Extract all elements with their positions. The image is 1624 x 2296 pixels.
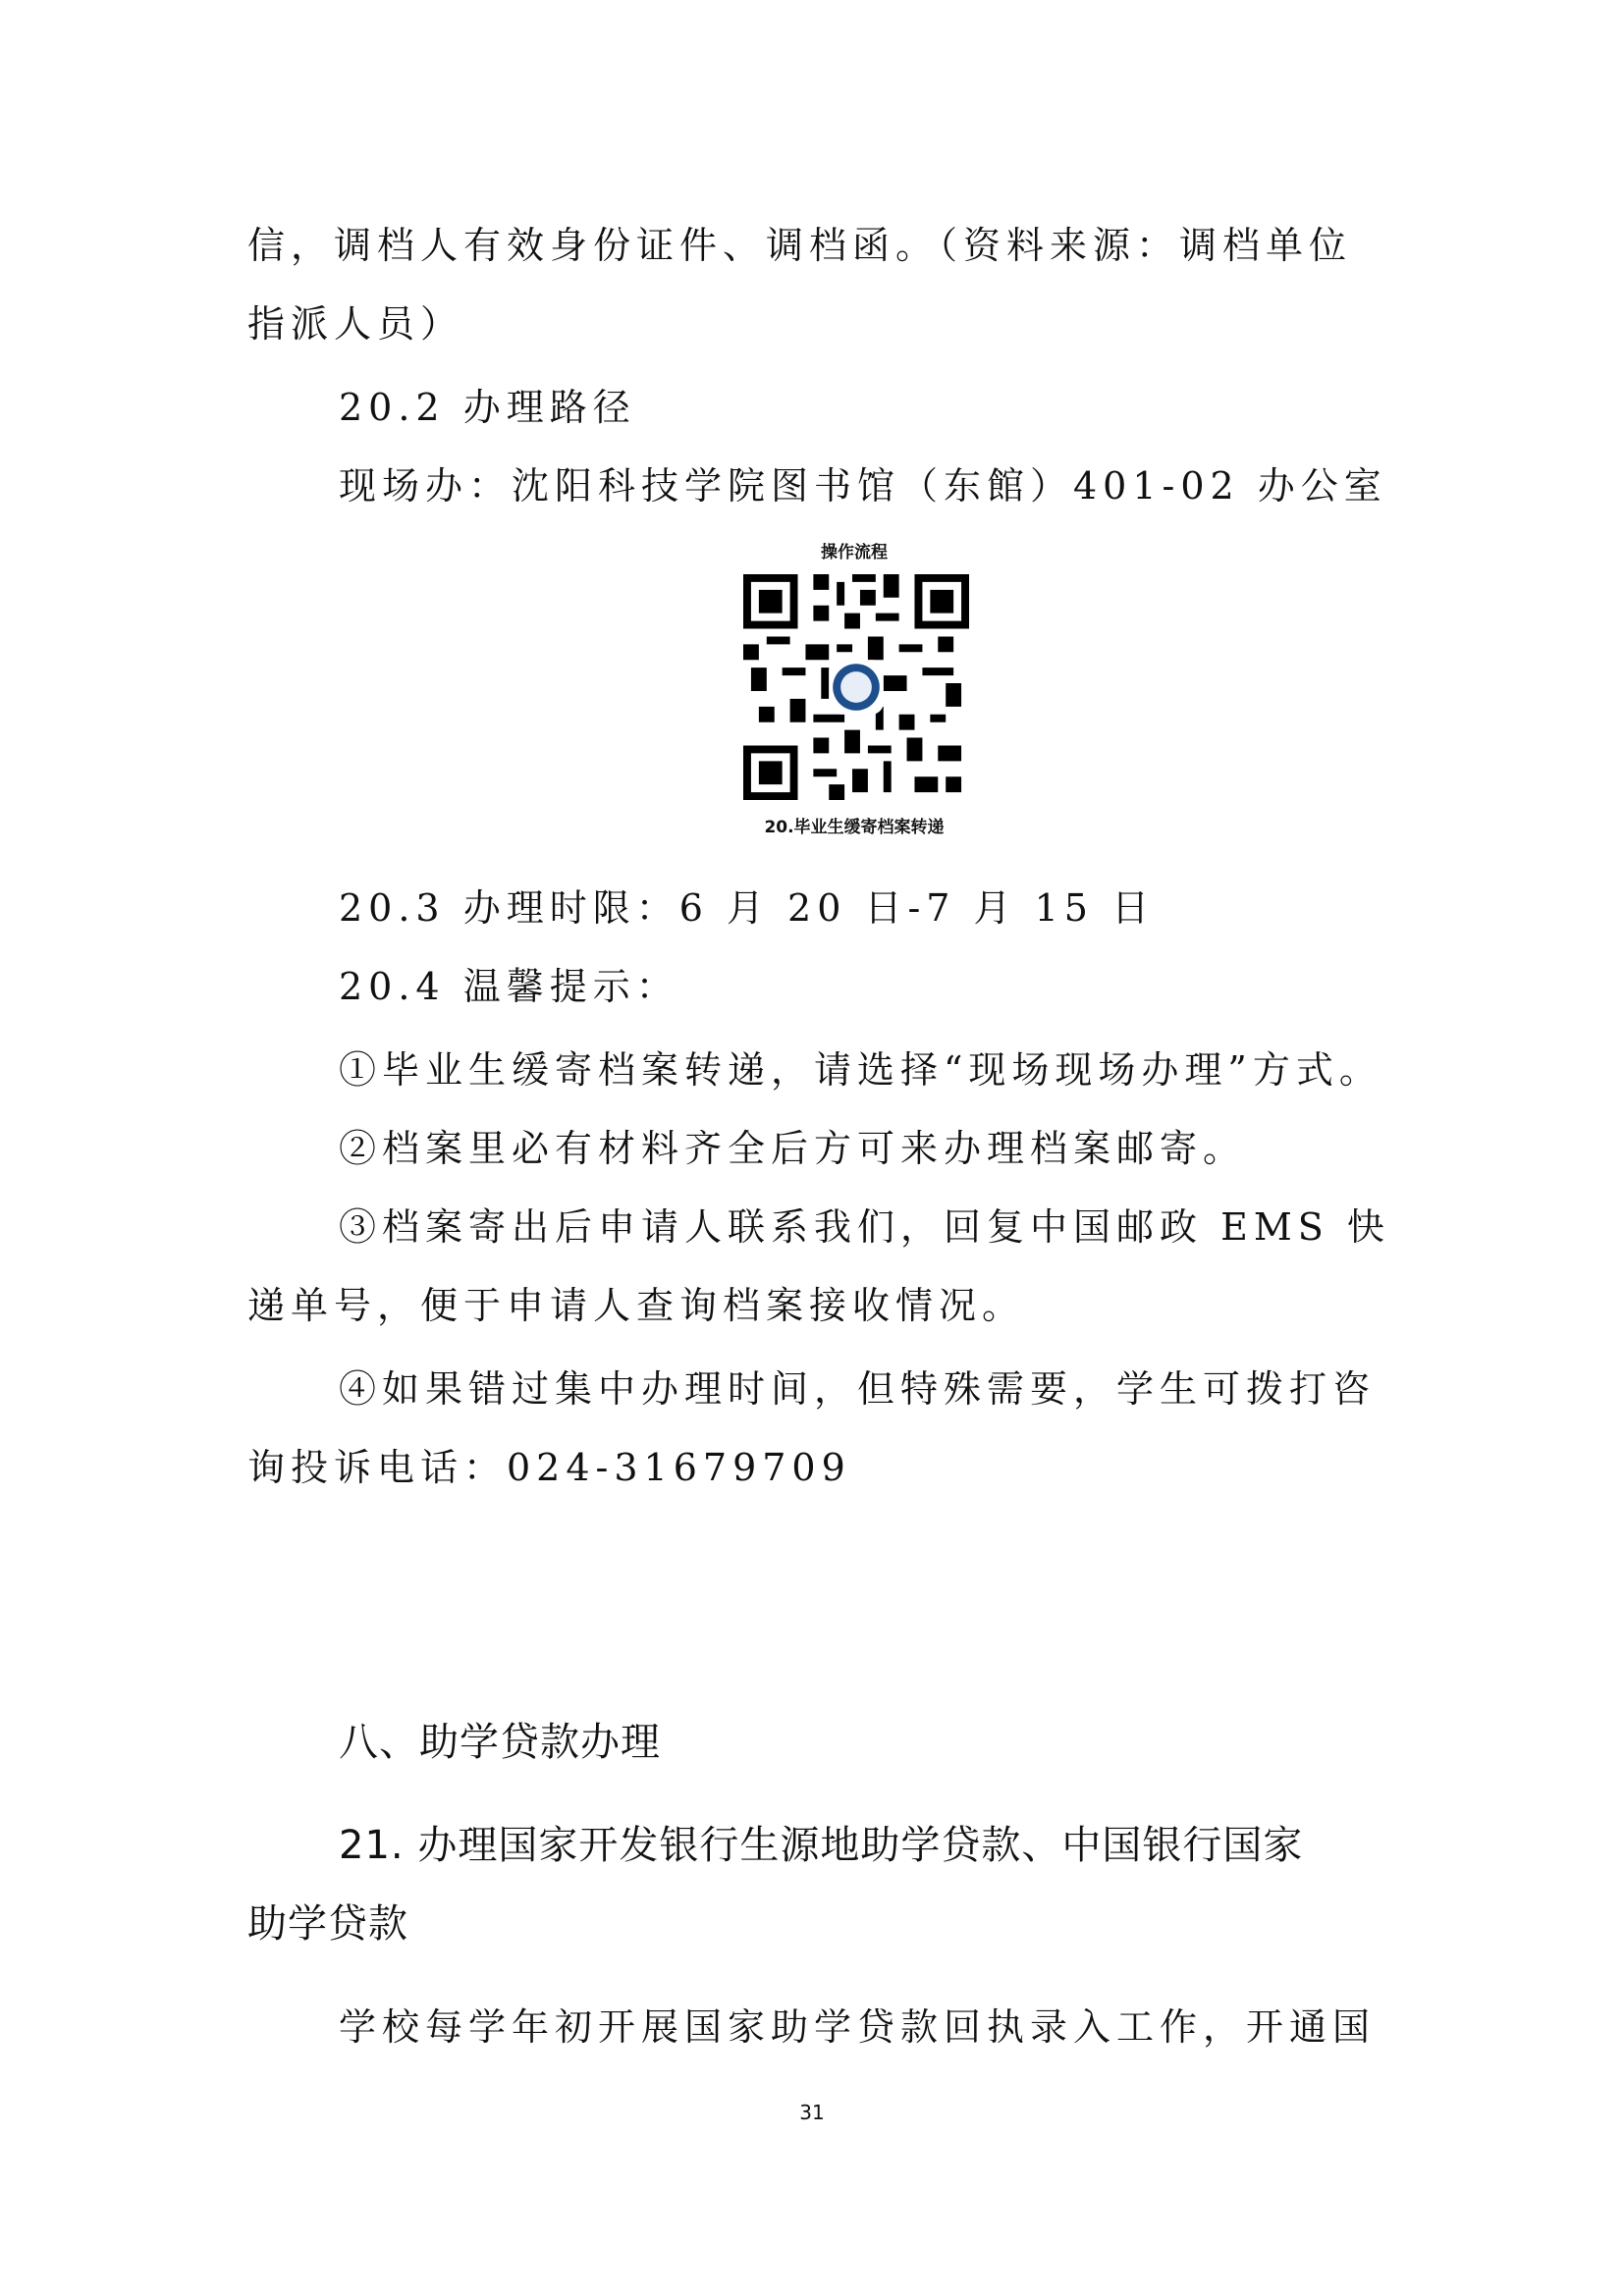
section-title-20-2: 20.2 办理路径 xyxy=(339,383,1386,432)
section-heading: 八、助学贷款办理 xyxy=(339,1718,1386,1767)
sub-heading: 21. 办理国家开发银行生源地助学贷款、中国银行国家 xyxy=(339,1821,1386,1870)
section-title-20-4: 20.4 温馨提示： xyxy=(339,962,1386,1011)
tip-item-continued: 递单号，便于申请人查询档案接收情况。 xyxy=(247,1281,1386,1330)
location-line: 现场办：沈阳科技学院图书馆（东館）401-02 办公室 xyxy=(339,461,1386,510)
tip-item: ②档案里必有材料齐全后方可来办理档案邮寄。 xyxy=(339,1124,1386,1173)
sub-heading-continued: 助学贷款 xyxy=(247,1899,1386,1949)
qr-caption: 20.毕业生缓寄档案转递 xyxy=(687,813,1021,837)
qr-title: 操作流程 xyxy=(687,538,1021,562)
paragraph-line: 学校每学年初开展国家助学贷款回执录入工作，开通国 xyxy=(339,2002,1386,2052)
tip-item: ①毕业生缓寄档案转递，请选择“现场现场办理”方式。 xyxy=(339,1045,1386,1095)
tip-item: ④如果错过集中办理时间，但特殊需要，学生可拨打咨 xyxy=(339,1364,1386,1414)
tip-item: ③档案寄出后申请人联系我们，回复中国邮政 EMS 快 xyxy=(339,1202,1386,1252)
qr-code-icon[interactable] xyxy=(743,574,969,800)
tip-item-continued: 询投诉电话：024-31679709 xyxy=(247,1443,1386,1492)
page-number: 31 xyxy=(763,2101,861,2124)
paragraph-line: 信，调档人有效身份证件、调档函。（资料来源：调档单位 xyxy=(247,221,1386,270)
section-title-20-3: 20.3 办理时限：6 月 20 日-7 月 15 日 xyxy=(339,883,1386,933)
paragraph-line: 指派人员） xyxy=(247,299,1386,348)
